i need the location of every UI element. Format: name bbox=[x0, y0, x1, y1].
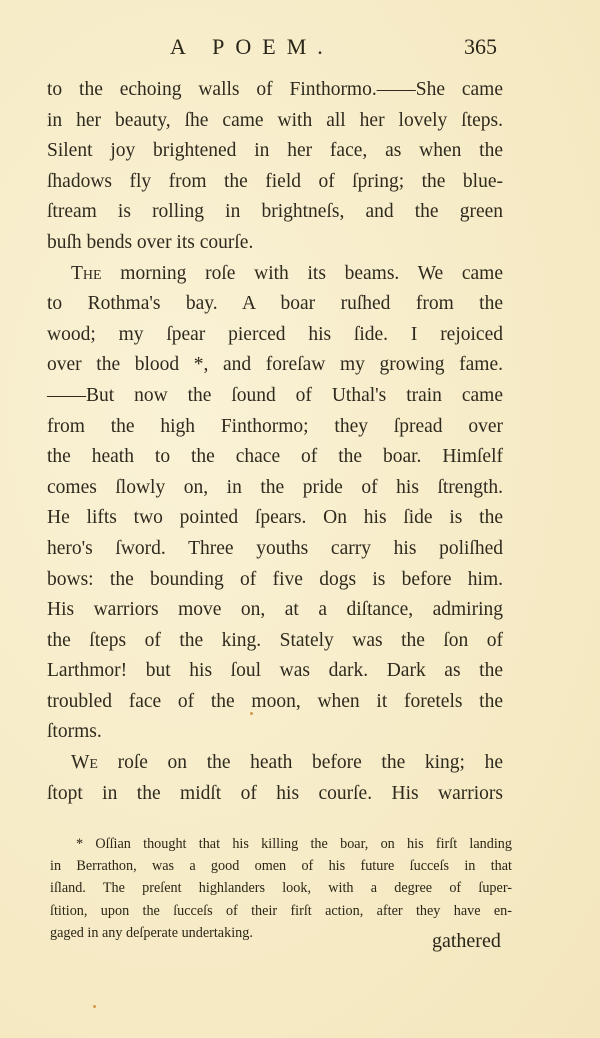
text-line: troubled face of the moon, when it foret… bbox=[47, 687, 503, 718]
book-page: A POEM. 365 to the echoing walls of Fint… bbox=[0, 0, 600, 1038]
text-line: over the blood *, and foreſaw my growing… bbox=[47, 350, 503, 381]
text-line: roſe on the heath before the king; he bbox=[118, 752, 503, 773]
text-line: ſtopt in the midſt of his courſe. His wa… bbox=[47, 779, 503, 810]
paragraph-start: The morning roſe with its beams. We came bbox=[47, 259, 503, 290]
text-line: from the high Finthormo; they ſpread ove… bbox=[47, 412, 503, 443]
text-line: ſhadows fly from the field of ſpring; th… bbox=[47, 167, 503, 198]
text-line: to the echoing walls of Finthormo.——She … bbox=[47, 75, 503, 106]
text-line: Silent joy brightened in her face, as wh… bbox=[47, 136, 503, 167]
text-line: ——But now the ſound of Uthal's train cam… bbox=[47, 381, 503, 412]
text-line: His warriors move on, at a diſtance, adm… bbox=[47, 595, 503, 626]
text-line: the ſteps of the king. Stately was the ſ… bbox=[47, 626, 503, 657]
running-head: A POEM. 365 bbox=[0, 34, 600, 68]
text-line: ſtorms. bbox=[47, 717, 503, 748]
body-text: to the echoing walls of Finthormo.——She … bbox=[47, 75, 503, 809]
paragraph-lead-word: We bbox=[71, 752, 98, 773]
footnote: * Oſſian thought that his killing the bo… bbox=[50, 833, 512, 944]
foxing-spot bbox=[250, 712, 253, 715]
text-line: buſh bends over its courſe. bbox=[47, 228, 503, 259]
running-title: A POEM. bbox=[170, 34, 334, 60]
text-line: ſtream is rolling in brightneſs, and the… bbox=[47, 197, 503, 228]
text-line: the heath to the chace of the boar. Himſ… bbox=[47, 442, 503, 473]
footnote-line: iſland. The preſent highlanders look, wi… bbox=[50, 877, 512, 899]
footnote-line: in Berrathon, was a good omen of his fut… bbox=[50, 855, 512, 877]
text-line: bows: the bounding of five dogs is befor… bbox=[47, 565, 503, 596]
page-number: 365 bbox=[464, 34, 497, 60]
text-line: hero's ſword. Three youths carry his pol… bbox=[47, 534, 503, 565]
footnote-line: * Oſſian thought that his killing the bo… bbox=[50, 833, 512, 855]
text-line: comes ſlowly on, in the pride of his ſtr… bbox=[47, 473, 503, 504]
text-line: Larthmor! but his ſoul was dark. Dark as… bbox=[47, 656, 503, 687]
catchword: gathered bbox=[432, 930, 501, 953]
paragraph-start: We roſe on the heath before the king; he bbox=[47, 748, 503, 779]
footnote-line: ſtition, upon the ſucceſs of their firſt… bbox=[50, 900, 512, 922]
text-line: He lifts two pointed ſpears. On his ſide… bbox=[47, 503, 503, 534]
foxing-spot bbox=[93, 1005, 96, 1008]
paragraph-lead-word: The bbox=[71, 263, 102, 284]
text-line: morning roſe with its beams. We came bbox=[120, 263, 503, 284]
text-line: to Rothma's bay. A boar ruſhed from the bbox=[47, 289, 503, 320]
text-line: in her beauty, ſhe came with all her lov… bbox=[47, 106, 503, 137]
text-line: wood; my ſpear pierced his ſide. I rejoi… bbox=[47, 320, 503, 351]
